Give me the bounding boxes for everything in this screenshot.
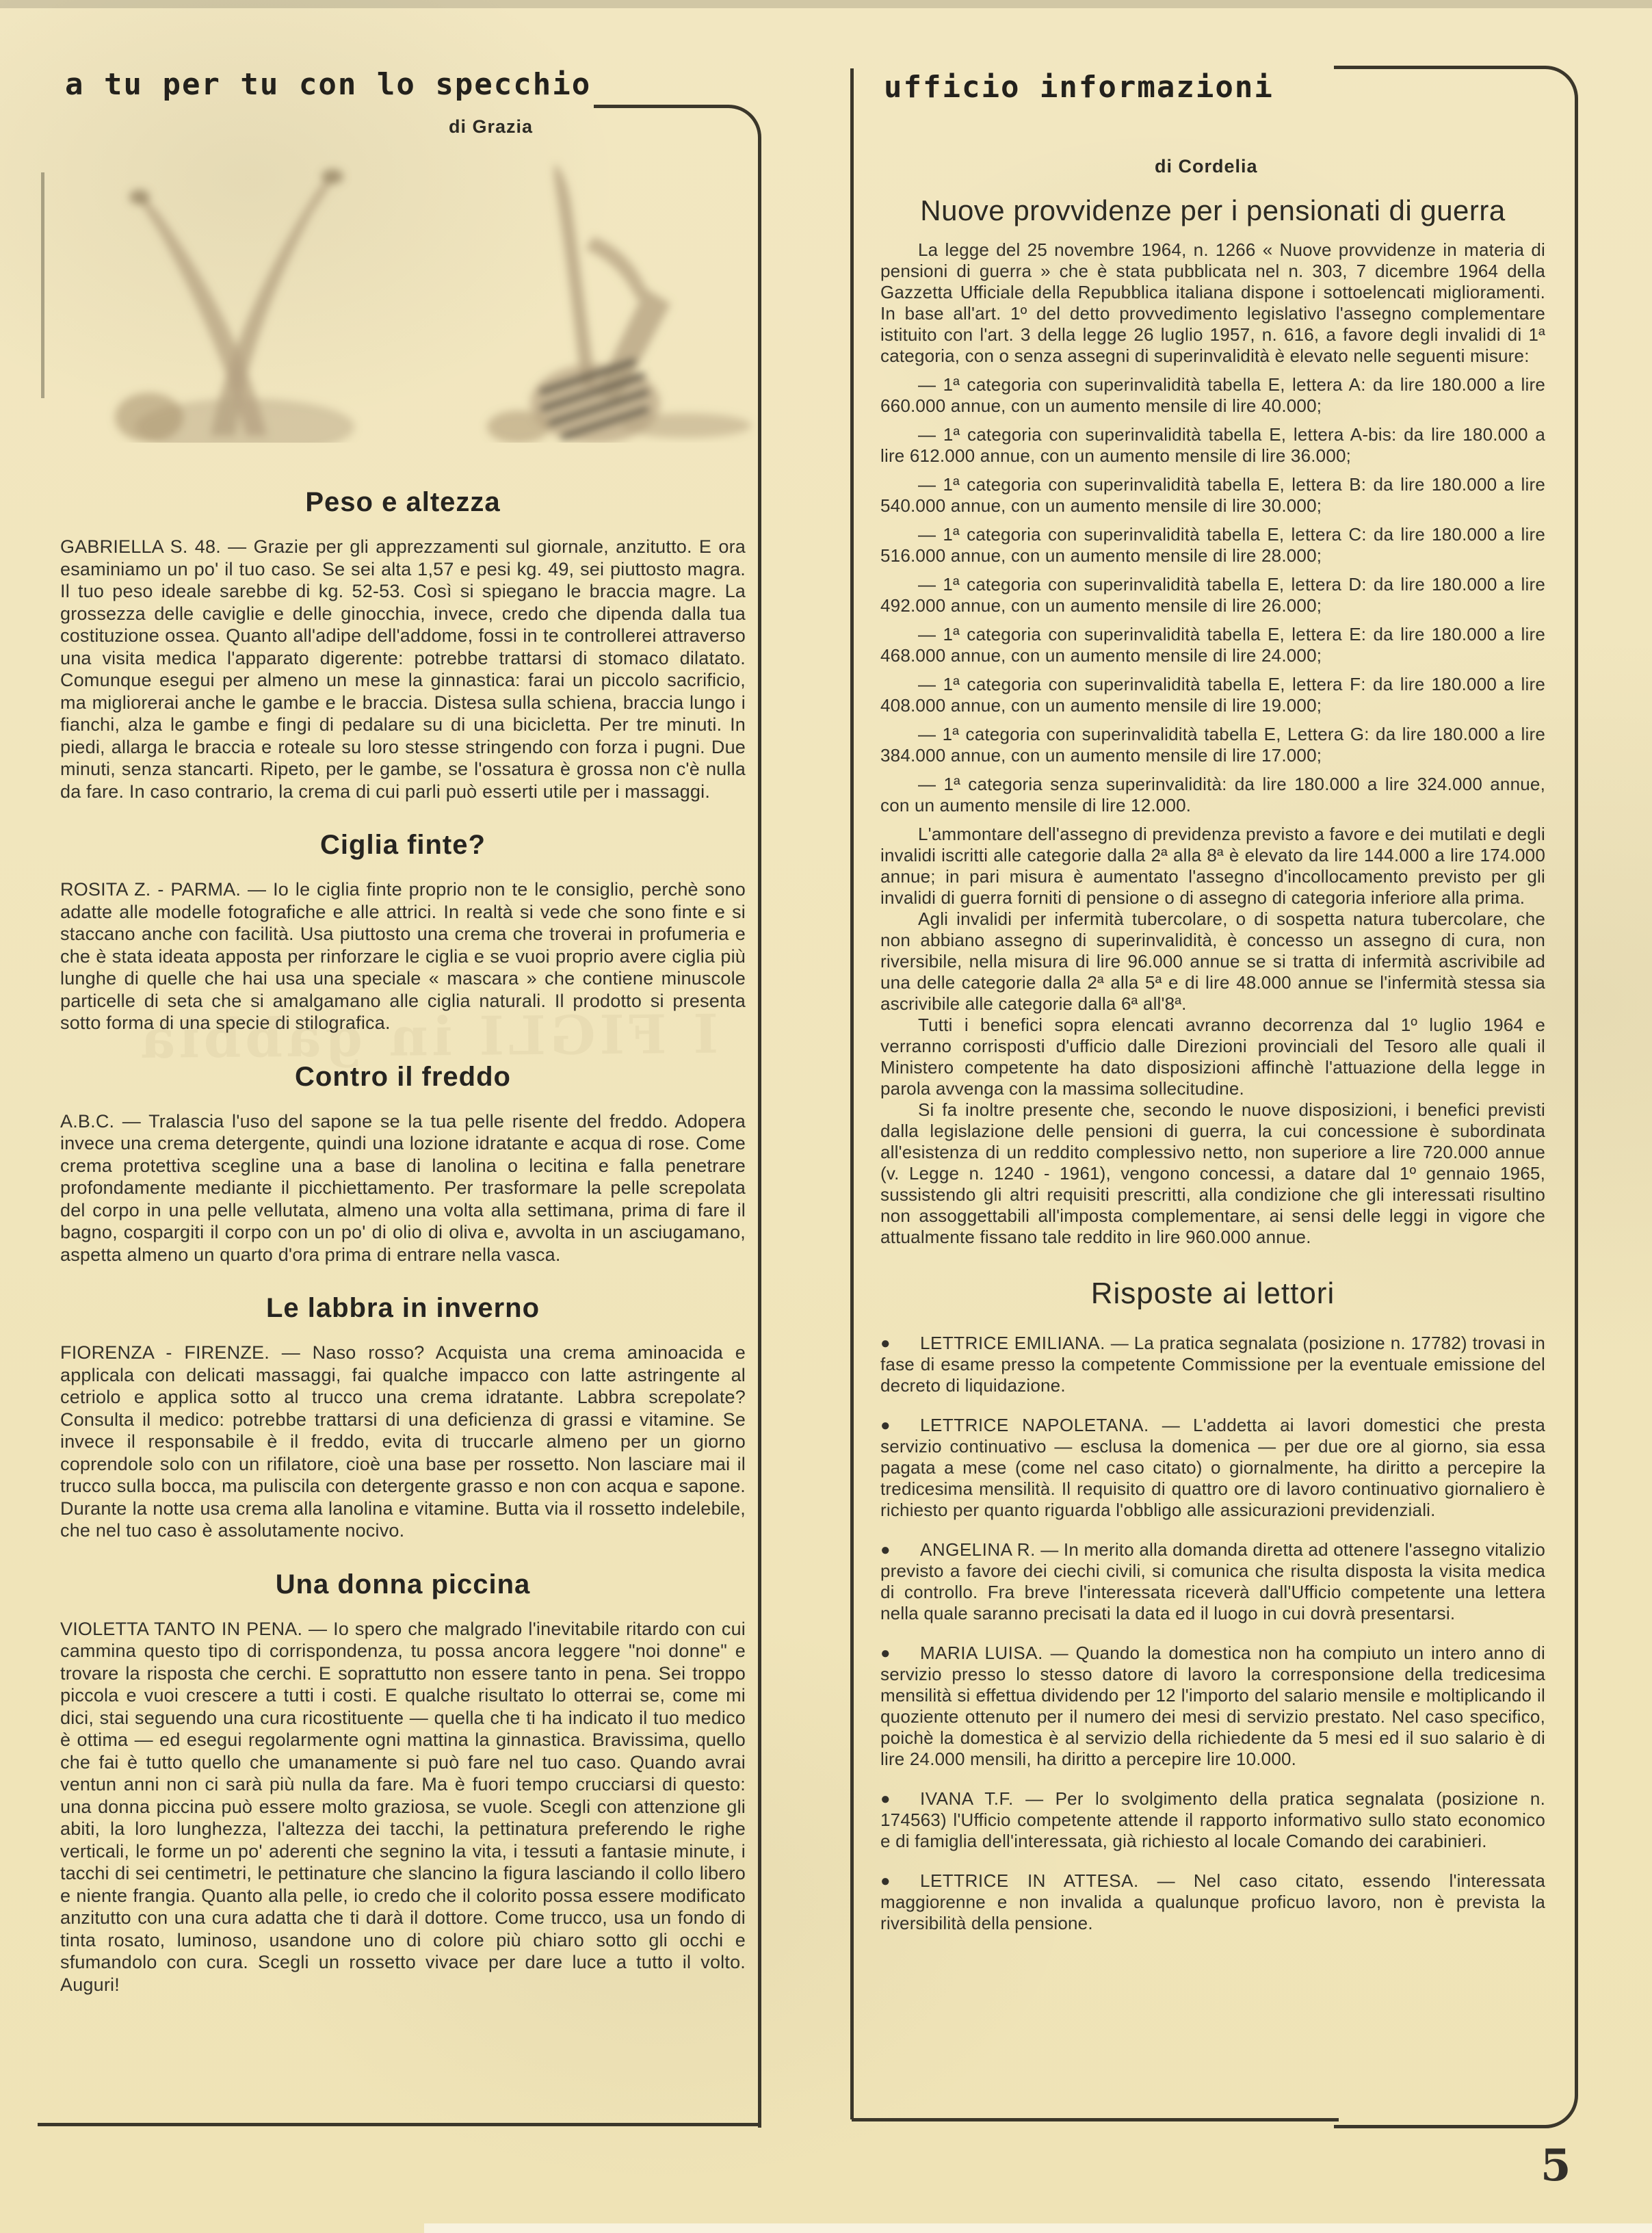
left-column-header: a tu per tu con lo specchio <box>65 67 591 102</box>
right-box-bottom-rule <box>852 2118 1339 2121</box>
article-paragraph: Tutti i benefici sopra elencati avranno … <box>880 1015 1545 1099</box>
right-column-header: ufficio informazioni <box>884 70 1274 105</box>
section-ciglia-finte: Ciglia finte? ROSITA Z. - PARMA. — Io le… <box>60 830 746 1034</box>
section-body: A.B.C. — Tralascia l'uso del sapone se l… <box>60 1110 746 1266</box>
section-body: VIOLETTA TANTO IN PENA. — Io spero che m… <box>60 1618 746 1996</box>
section-una-donna-piccina: Una donna piccina VIOLETTA TANTO IN PENA… <box>60 1569 746 1996</box>
section-title: Peso e altezza <box>60 487 746 518</box>
reply-name: ANGELINA R. <box>920 1539 1036 1560</box>
measure-item: — 1ª categoria con superinvalidità tabel… <box>880 424 1545 467</box>
right-column: La legge del 25 novembre 1964, n. 1266 «… <box>880 239 1545 1953</box>
section-body: FIORENZA - FIRENZE. — Naso rosso? Acquis… <box>60 1342 746 1542</box>
reply-name: MARIA LUISA. <box>920 1643 1043 1663</box>
reader-reply: ●LETTRICE EMILIANA. — La pratica segnala… <box>880 1333 1545 1396</box>
section-title: Ciglia finte? <box>60 830 746 861</box>
figure-left-legs <box>115 169 354 443</box>
bullet-icon: ● <box>880 1870 920 1892</box>
section-contro-il-freddo: Contro il freddo A.B.C. — Tralascia l'us… <box>60 1062 746 1266</box>
page-number: 5 <box>1540 2140 1571 2191</box>
reader-reply: ●LETTRICE NAPOLETANA. — L'addetta ai lav… <box>880 1415 1545 1521</box>
bullet-icon: ● <box>880 1539 920 1561</box>
reader-reply: ●LETTRICE IN ATTESA. — Nel caso citato, … <box>880 1870 1545 1934</box>
measure-item: — 1ª categoria con superinvalidità tabel… <box>880 574 1545 616</box>
measure-item: — 1ª categoria con superinvalidità tabel… <box>880 474 1545 517</box>
bullet-icon: ● <box>880 1415 920 1436</box>
bullet-icon: ● <box>880 1643 920 1664</box>
measure-item: — 1ª categoria con superinvalidità tabel… <box>880 524 1545 566</box>
reader-reply: ●ANGELINA R. — In merito alla domanda di… <box>880 1539 1545 1624</box>
section-title: Le labbra in inverno <box>60 1293 746 1324</box>
section-peso-e-altezza: Peso e altezza GABRIELLA S. 48. — Grazie… <box>60 487 746 802</box>
gymnastics-photo <box>40 131 758 443</box>
measure-item: — 1ª categoria con superinvalidità tabel… <box>880 624 1545 666</box>
figure-right-legs <box>487 164 751 443</box>
photo-edge <box>41 172 44 398</box>
measure-item: — 1ª categoria senza superinvalidità: da… <box>880 774 1545 816</box>
article-paragraph: L'ammontare dell'assegno di previdenza p… <box>880 824 1545 909</box>
left-box-bottom-rule <box>38 2123 760 2126</box>
section-body: ROSITA Z. - PARMA. — Io le ciglia finte … <box>60 878 746 1034</box>
reply-name: IVANA T.F. <box>920 1788 1014 1809</box>
section-title: Una donna piccina <box>60 1569 746 1600</box>
left-column: Peso e altezza GABRIELLA S. 48. — Grazie… <box>60 487 746 1996</box>
section-le-labbra-in-inverno: Le labbra in inverno FIORENZA - FIRENZE.… <box>60 1293 746 1542</box>
measure-item: — 1ª categoria con superinvalidità tabel… <box>880 724 1545 766</box>
section-title: Contro il freddo <box>60 1062 746 1093</box>
reader-reply: ●IVANA T.F. — Per lo svolgimento della p… <box>880 1788 1545 1852</box>
reply-name: LETTRICE NAPOLETANA. <box>920 1415 1149 1435</box>
article-title: Nuove provvidenze per i pensionati di gu… <box>880 194 1545 227</box>
scan-edge-top <box>0 0 1652 8</box>
reply-name: LETTRICE EMILIANA. <box>920 1333 1105 1353</box>
bullet-icon: ● <box>880 1333 920 1354</box>
reply-name: LETTRICE IN ATTESA. <box>920 1870 1139 1891</box>
scan-edge-bottom <box>424 2223 1652 2233</box>
measure-item: — 1ª categoria con superinvalidità tabel… <box>880 374 1545 417</box>
right-box-left-rule <box>850 68 854 2119</box>
reader-reply: ●MARIA LUISA. — Quando la domestica non … <box>880 1643 1545 1770</box>
right-byline: di Cordelia <box>1155 156 1258 177</box>
article-paragraph: Si fa inoltre presente che, secondo le n… <box>880 1099 1545 1248</box>
section-body: GABRIELLA S. 48. — Grazie per gli apprez… <box>60 536 746 802</box>
article-intro: La legge del 25 novembre 1964, n. 1266 «… <box>880 239 1545 367</box>
replies-heading: Risposte ai lettori <box>880 1277 1545 1311</box>
article-paragraph: Agli invalidi per infermità tubercolare,… <box>880 909 1545 1015</box>
measure-item: — 1ª categoria con superinvalidità tabel… <box>880 674 1545 716</box>
bullet-icon: ● <box>880 1788 920 1810</box>
